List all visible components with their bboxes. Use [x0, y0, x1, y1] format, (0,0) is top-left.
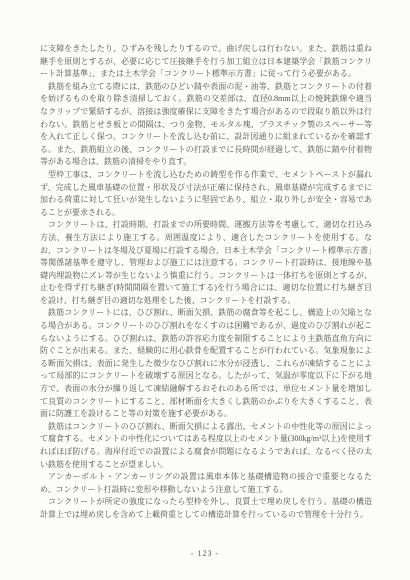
- page-number: - 123 -: [0, 549, 410, 558]
- paragraph-formwork: 型枠工事は、コンクリートを流し込むための鋳型を作る作業で、セメントペーストが漏れ…: [40, 169, 372, 219]
- paragraph-backfill: コンクリートが所定の強度になったら型枠を外し、良質土で埋め戻しを行う。基礎の構造…: [40, 496, 372, 521]
- paragraph-concrete-placement: コンクリートは、打設時期、打設までの所要時間、運搬方法等を考慮して、適切な打込み…: [40, 219, 372, 307]
- paragraph-rebar-corrosion: 鉄筋はコンクリートのひび割れ、断面欠損による露出、セメントの中性化等の原因によっ…: [40, 421, 372, 471]
- body-text: に支障をきたしたり、ひずみを残したりするので、曲げ戻しは行わない。また、鉄筋は重…: [40, 43, 372, 522]
- paragraph-continuation: に支障をきたしたり、ひずみを残したりするので、曲げ戻しは行わない。また、鉄筋は重…: [40, 43, 372, 81]
- paragraph-rebar-assembly: 鉄筋を組み立てる際には、鉄筋のひどい錆や表面の泥・油等、鉄筋とコンクリートの付着…: [40, 81, 372, 169]
- paragraph-cracking-defects: 鉄筋コンクリートには、ひび割れ、断面欠損、鉄筋の腐食等を起こし、構造上の欠陥とな…: [40, 307, 372, 420]
- document-page: に支障をきたしたり、ひずみを残したりするので、曲げ戻しは行わない。また、鉄筋は重…: [0, 0, 410, 580]
- paragraph-anchor-bolts: アンカーボルト・アンカーリングの設置は風車本体と基礎構造物の接合で重要となるため…: [40, 471, 372, 496]
